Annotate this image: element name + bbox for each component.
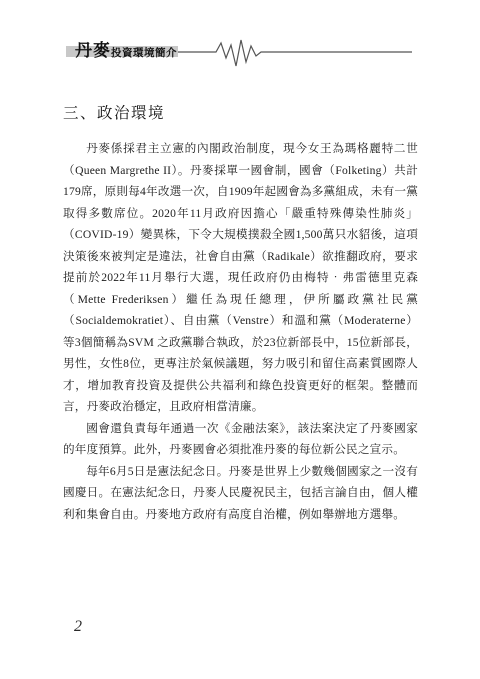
section-heading: 三、政治環境	[63, 101, 418, 123]
pulse-line-icon	[178, 36, 412, 72]
banner-title-main: 丹麥	[75, 41, 111, 60]
page-number: 2	[74, 618, 82, 636]
body-paragraph: 國會還負責每年通過一次《金融法案》，該法案決定了丹麥國家的年度預算。此外，丹麥國…	[63, 418, 418, 461]
main-content: 三、政治環境 丹麥係採君主立憲的內閣政治制度，現今女王為瑪格麗特二世（Queen…	[63, 101, 418, 525]
body-paragraph: 每年6月5日是憲法紀念日。丹麥是世界上少數幾個國家之一沒有國慶日。在憲法紀念日，…	[63, 461, 418, 526]
body-paragraph: 丹麥係採君主立憲的內閣政治制度，現今女王為瑪格麗特二世（Queen Margre…	[63, 138, 418, 418]
document-page: 丹麥投資環境簡介 三、政治環境 丹麥係採君主立憲的內閣政治制度，現今女王為瑪格麗…	[0, 0, 480, 679]
banner-title: 丹麥投資環境簡介	[66, 36, 177, 61]
chapter-banner: 丹麥投資環境簡介	[66, 36, 177, 62]
banner-title-sub: 投資環境簡介	[111, 47, 177, 59]
